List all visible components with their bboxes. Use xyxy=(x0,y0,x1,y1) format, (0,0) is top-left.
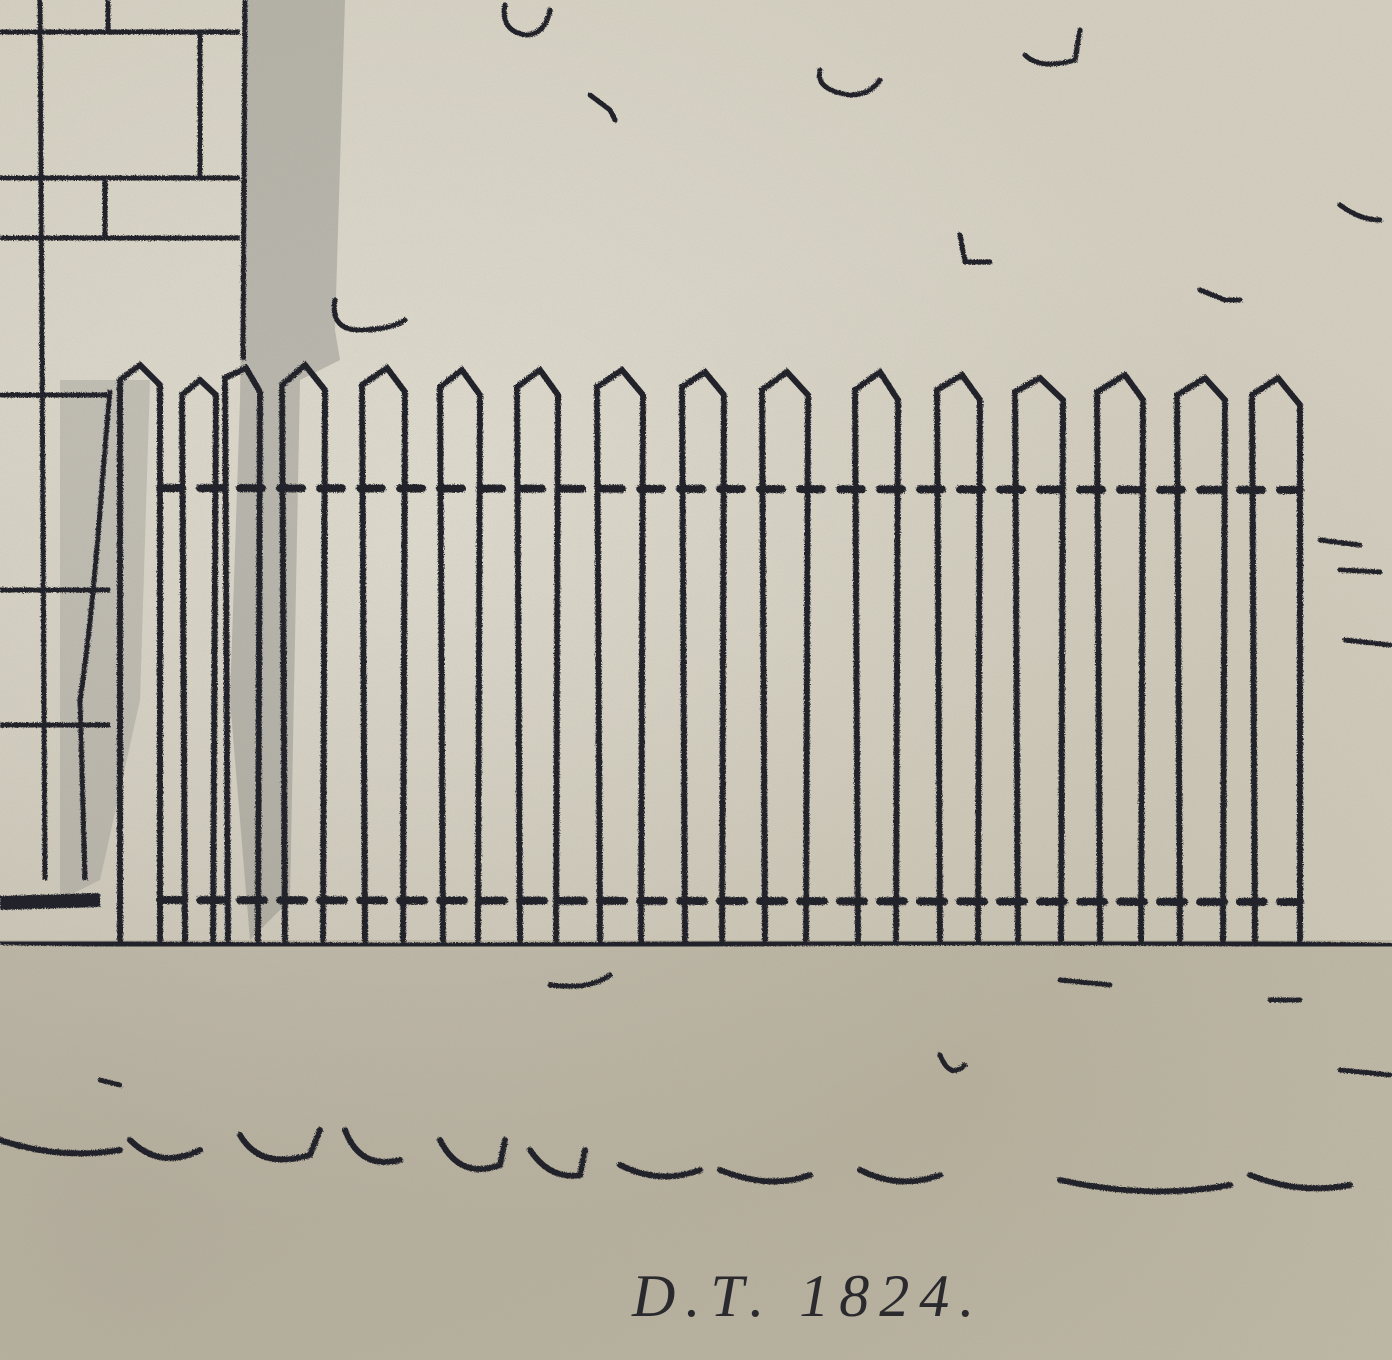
ground-line xyxy=(0,942,1392,946)
drawing-sheet: D.T. 1824. xyxy=(0,0,1392,1360)
signature-inscription: D.T. 1824. xyxy=(632,1262,984,1331)
fence-drawing xyxy=(0,0,1392,1360)
